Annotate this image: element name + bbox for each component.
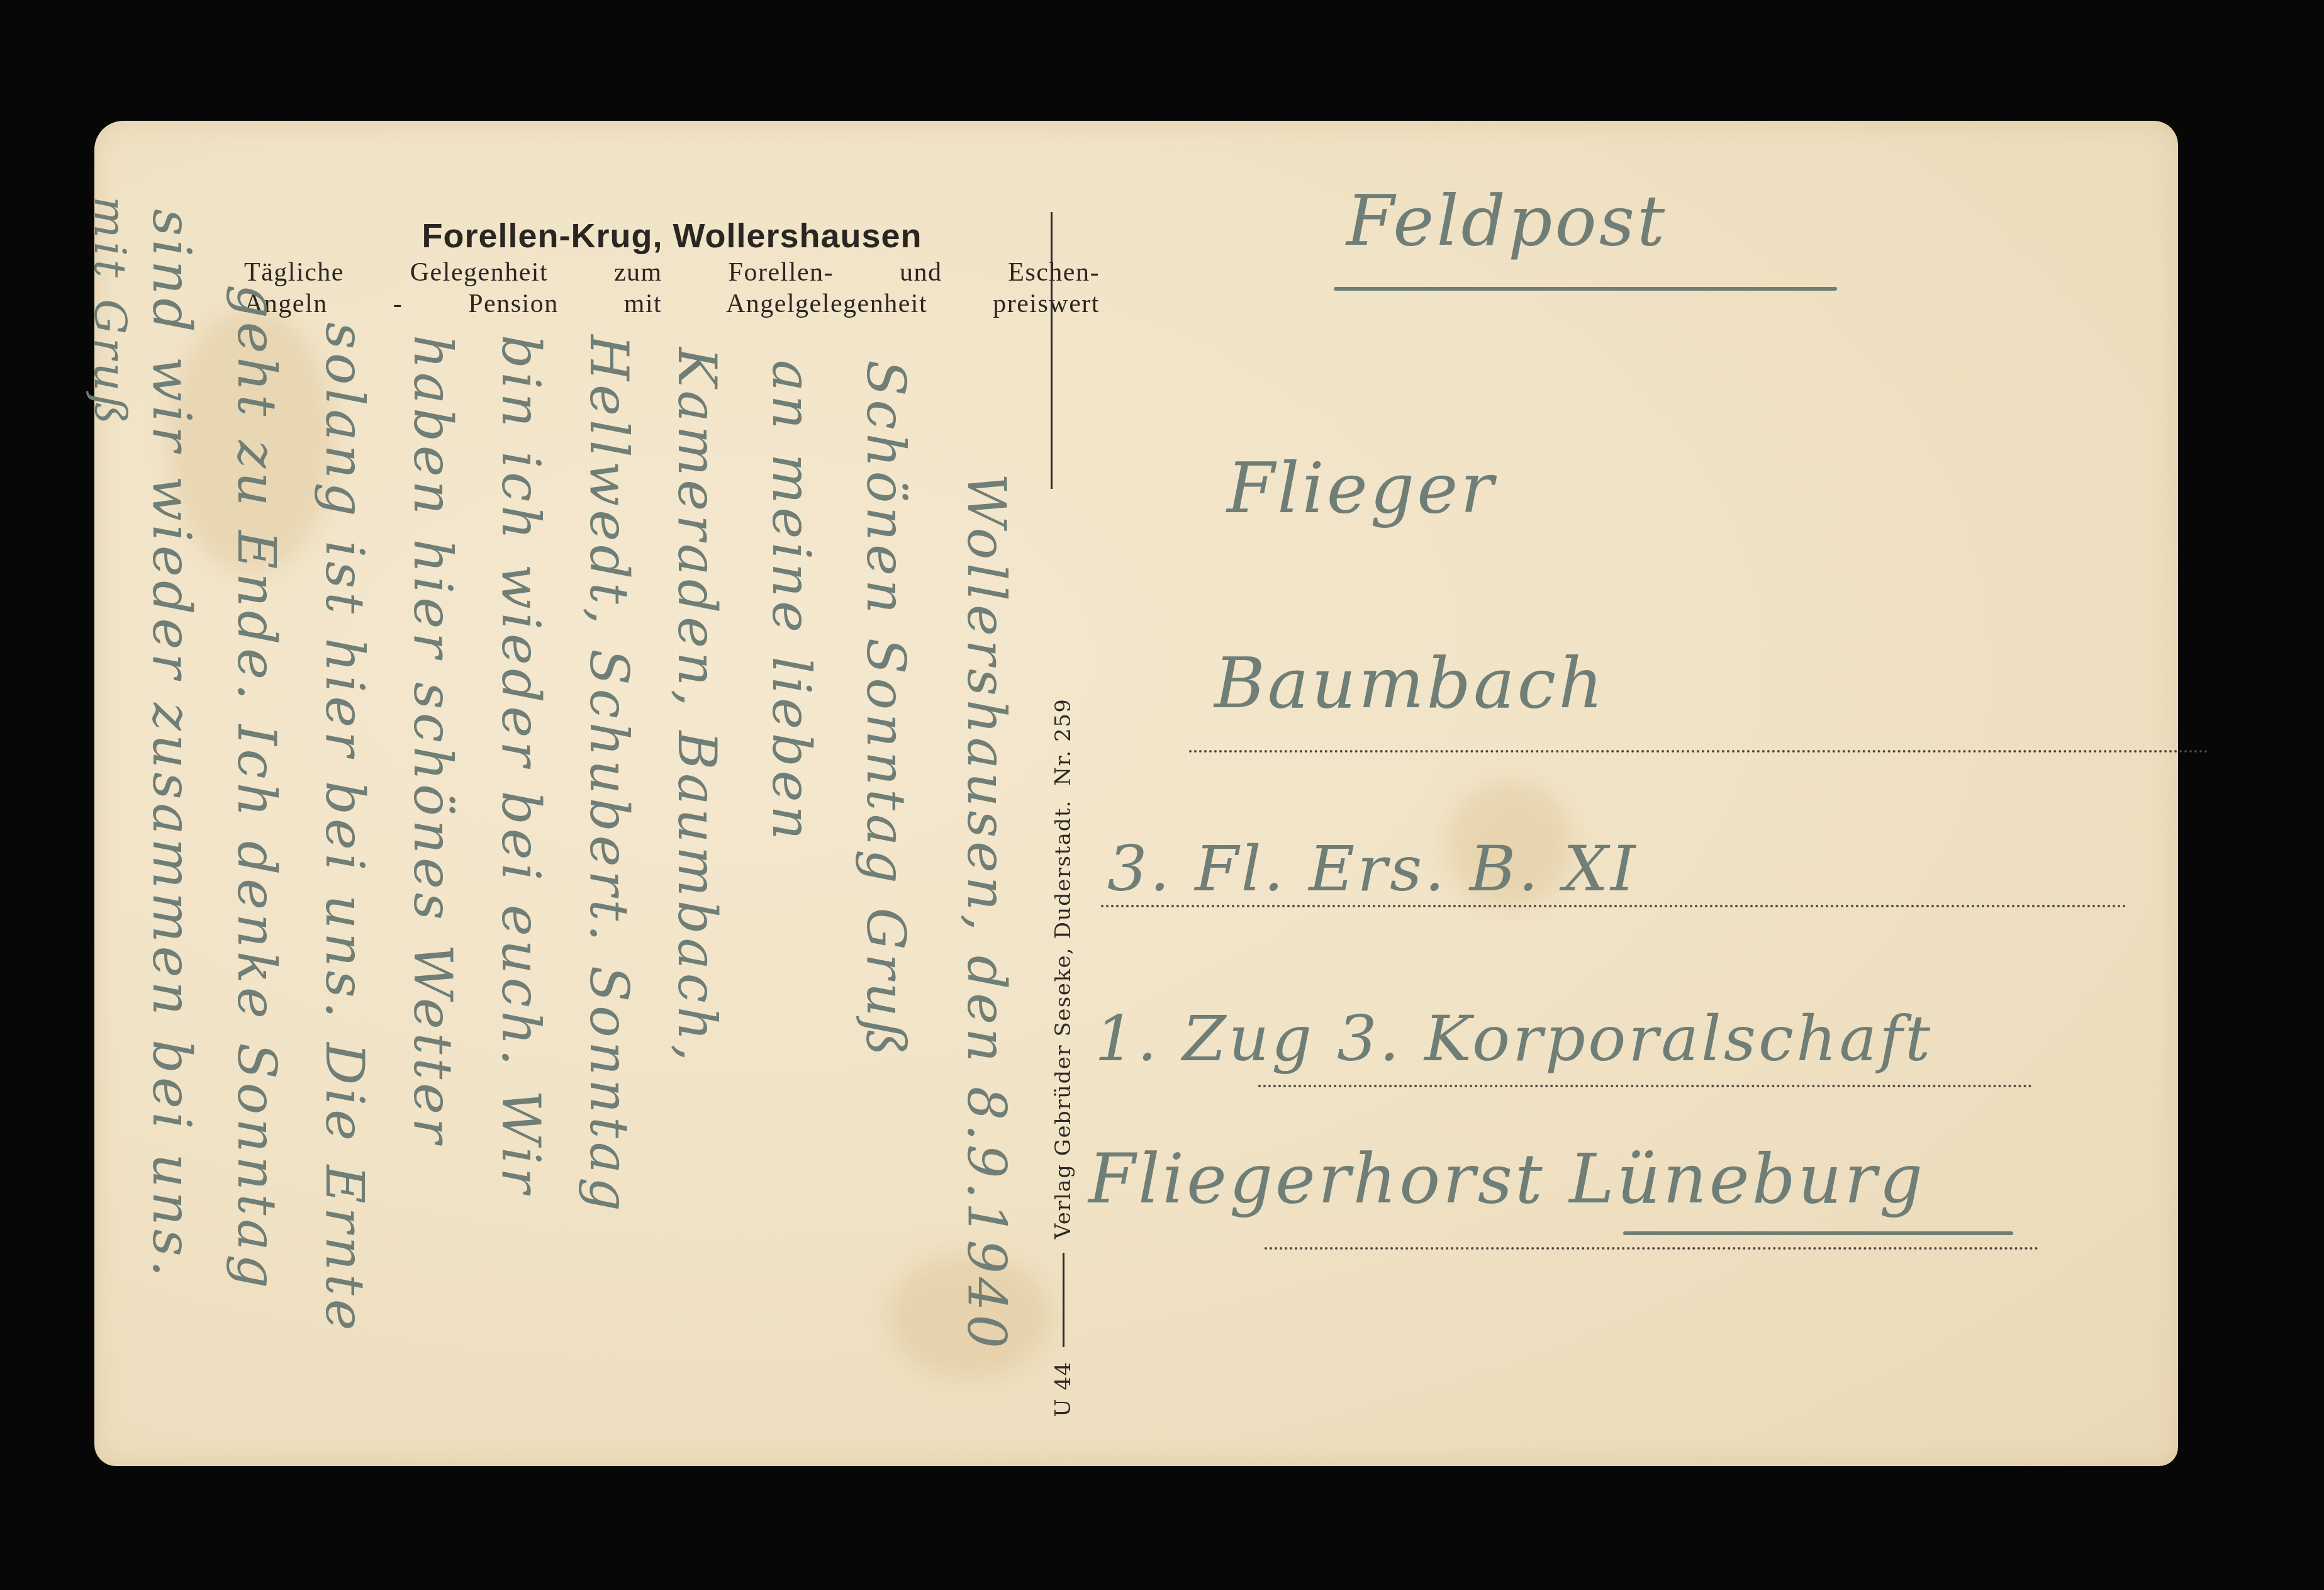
credit-dash bbox=[1063, 1253, 1064, 1347]
message-line: haben hier schönes Wetter bbox=[406, 335, 459, 1147]
header-title: Forellen-Krug, Wollershausen bbox=[244, 215, 1100, 257]
address-location: Fliegerhorst Lüneburg bbox=[1088, 1140, 1925, 1219]
address-name: Baumbach bbox=[1214, 643, 1606, 724]
address-dotted-line bbox=[1101, 905, 2126, 907]
message-line: Kameraden, Baumbach, bbox=[671, 347, 723, 1065]
feldpost-underline bbox=[1334, 287, 1837, 291]
message-line: geht zu Ende. Ich denke Sonntag bbox=[230, 284, 283, 1292]
address-unit: 3. Fl. Ers. B. XI bbox=[1107, 832, 1638, 905]
header-line-2: Angeln - Pension mit Angelgelegenheit pr… bbox=[244, 288, 1100, 320]
message-line: mit Gruß bbox=[88, 196, 132, 428]
divider-line bbox=[1051, 212, 1053, 489]
feldpost-mark: Feldpost bbox=[1346, 181, 1667, 261]
message-line: bin ich wieder bei euch. Wir bbox=[494, 335, 547, 1197]
publisher-number: Nr. 259 bbox=[1051, 698, 1076, 786]
message-line: Hellwedt, Schubert. Sonntag bbox=[583, 335, 635, 1215]
message-date-line: Wollershausen, den 8.9.1940 bbox=[960, 473, 1013, 1352]
address-rank: Flieger bbox=[1227, 448, 1496, 529]
postcard: Forellen-Krug, Wollershausen Tägliche Ge… bbox=[94, 121, 2178, 1466]
publisher-text: Verlag Gebrüder Seseke, Duderstadt. bbox=[1051, 800, 1076, 1239]
header-line-1: Tägliche Gelegenheit zum Forellen- und E… bbox=[244, 257, 1100, 288]
publisher-code: U 44 bbox=[1051, 1361, 1076, 1417]
message-line: solang ist hier bei uns. Die Ernte bbox=[318, 322, 371, 1335]
message-line: Schönen Sonntag Gruß bbox=[859, 360, 912, 1060]
address-dotted-line bbox=[1258, 1085, 2032, 1087]
address-dotted-line bbox=[1189, 750, 2208, 753]
printed-header: Forellen-Krug, Wollershausen Tägliche Ge… bbox=[244, 215, 1100, 320]
publisher-credit: U 44 Verlag Gebrüder Seseke, Duderstadt.… bbox=[1051, 698, 1076, 1417]
address-subunit: 1. Zug 3. Korporalschaft bbox=[1095, 1002, 1933, 1075]
message-line: sind wir wieder zusammen bei uns. bbox=[145, 209, 198, 1280]
address-dotted-line bbox=[1265, 1247, 2038, 1250]
message-line: an meine lieben bbox=[765, 360, 818, 844]
location-underline bbox=[1623, 1231, 2013, 1235]
